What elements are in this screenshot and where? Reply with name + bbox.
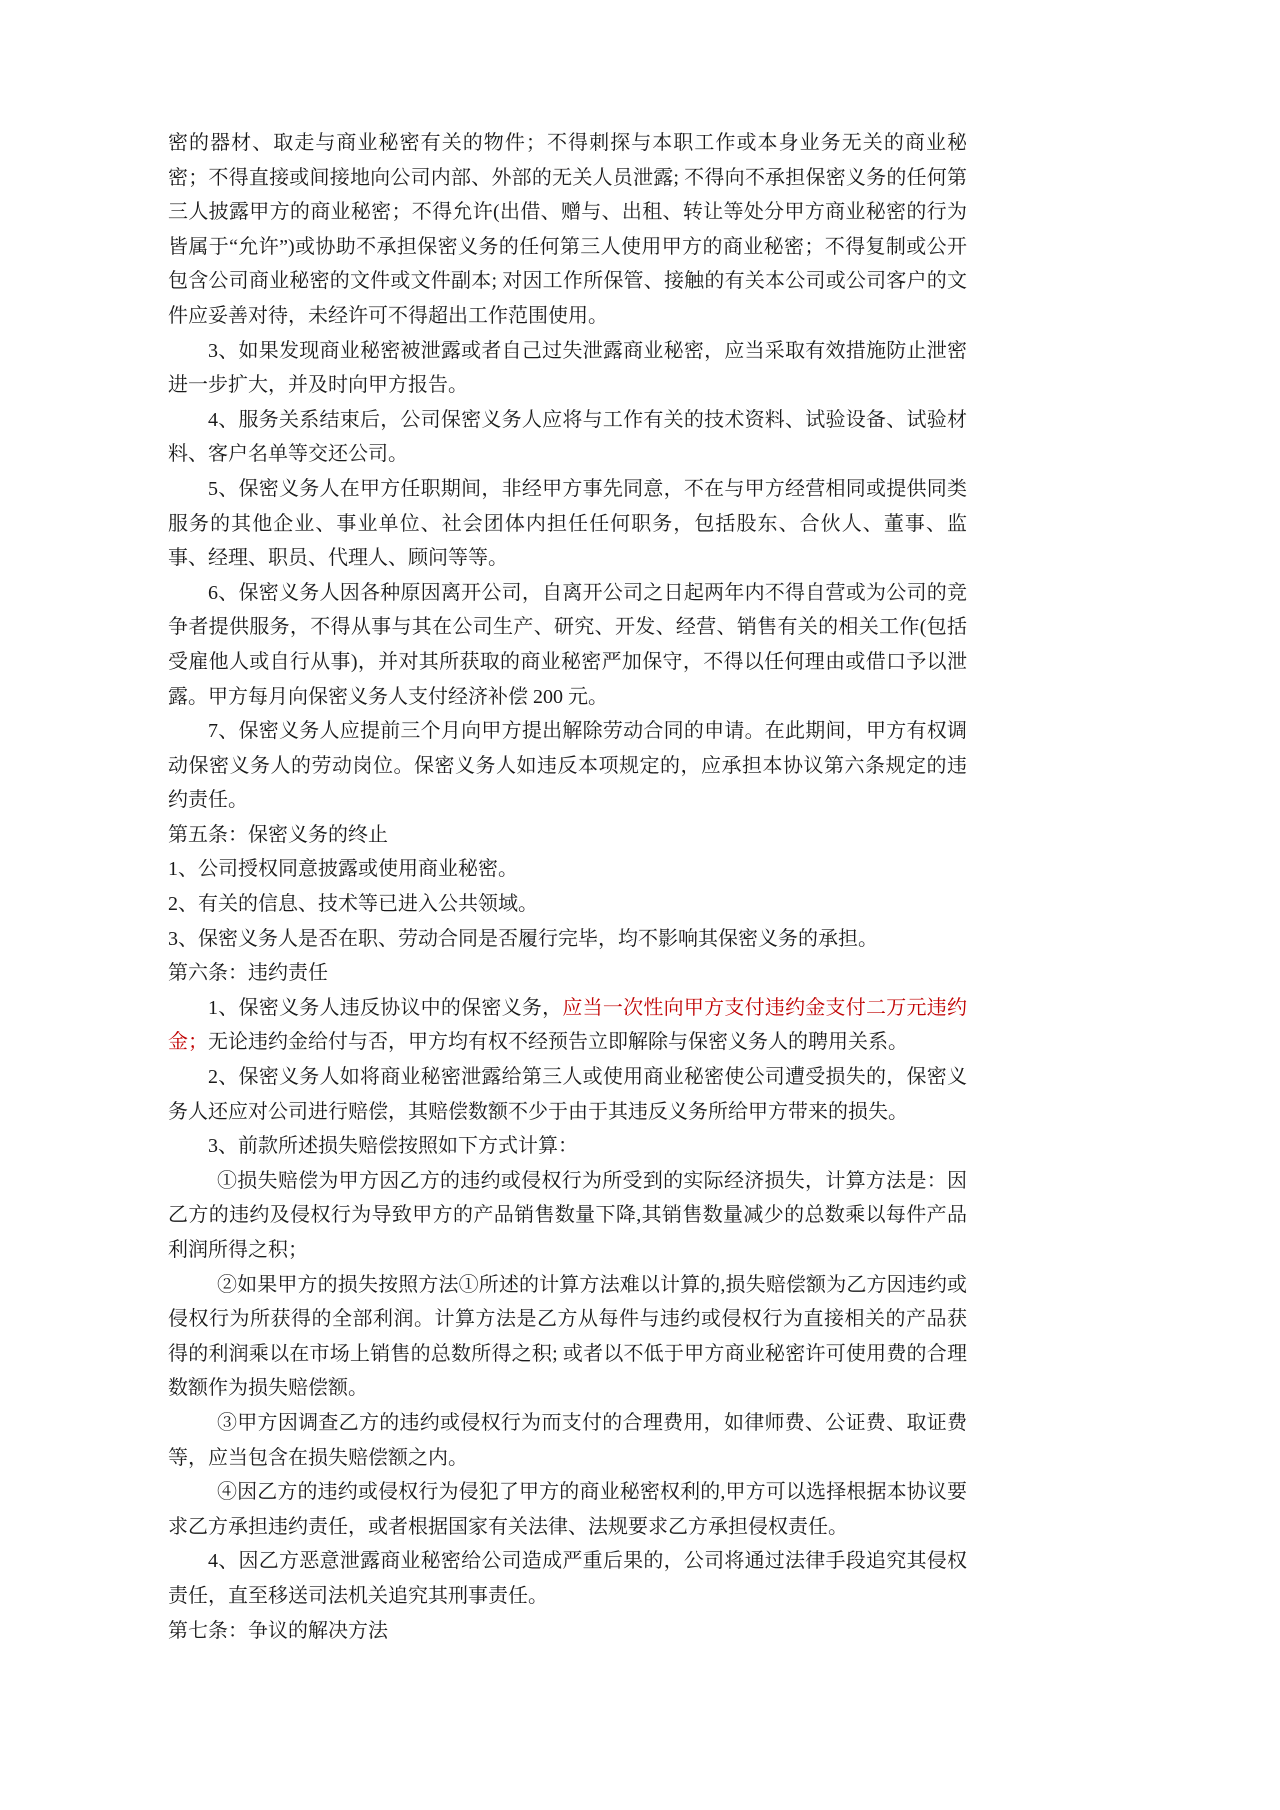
penalty-tail-text: 无论违约金给付与否，甲方均有权不经预告立即解除与保密义务人的聘用关系。 — [208, 1031, 908, 1053]
item-4-return-materials: 4、服务关系结束后，公司保密义务人应将与工作有关的技术资料、试验设备、试验材料、… — [168, 403, 967, 472]
article-6-item-4-malicious-leak: 4、因乙方恶意泄露商业秘密给公司造成严重后果的，公司将通过法律手段追究其侵权责任… — [168, 1544, 967, 1613]
article-5-item-3: 3、保密义务人是否在职、劳动合同是否履行完毕，均不影响其保密义务的承担。 — [168, 922, 967, 957]
article-5-item-1: 1、公司授权同意披露或使用商业秘密。 — [168, 852, 967, 887]
calc-method-1: ①损失赔偿为甲方因乙方的违约或侵权行为所受到的实际经济损失，计算方法是：因乙方的… — [168, 1164, 967, 1268]
article-6-item-2-compensation: 2、保密义务人如将商业秘密泄露给第三人或使用商业秘密使公司遭受损失的，保密义务人… — [168, 1060, 967, 1129]
article-7-heading: 第七条：争议的解决方法 — [168, 1614, 967, 1649]
article-5-heading: 第五条：保密义务的终止 — [168, 818, 967, 853]
calc-method-3: ③甲方因调查乙方的违约或侵权行为而支付的合理费用，如律师费、公证费、取证费等，应… — [168, 1406, 967, 1475]
article-6-item-3-calc-intro: 3、前款所述损失赔偿按照如下方式计算： — [168, 1129, 967, 1164]
penalty-lead-text: 1、保密义务人违反协议中的保密义务， — [208, 997, 562, 1019]
article-5-item-2: 2、有关的信息、技术等已进入公共领域。 — [168, 887, 967, 922]
article-6-item-1-penalty: 1、保密义务人违反协议中的保密义务，应当一次性向甲方支付违约金支付二万元违约金；… — [168, 991, 967, 1060]
item-6-non-compete: 6、保密义务人因各种原因离开公司，自离开公司之日起两年内不得自营或为公司的竞争者… — [168, 576, 967, 714]
clause-continuation-text: 密的器材、取走与商业秘密有关的物件；不得刺探与本职工作或本身业务无关的商业秘密；… — [168, 126, 967, 334]
document-page: 密的器材、取走与商业秘密有关的物件；不得刺探与本职工作或本身业务无关的商业秘密；… — [0, 0, 1280, 1810]
article-6-heading: 第六条：违约责任 — [168, 956, 967, 991]
item-3-leak-discovery: 3、如果发现商业秘密被泄露或者自己过失泄露商业秘密，应当采取有效措施防止泄密进一… — [168, 334, 967, 403]
calc-method-2: ②如果甲方的损失按照方法①所述的计算方法难以计算的,损失赔偿额为乙方因违约或侵权… — [168, 1268, 967, 1406]
calc-method-4: ④因乙方的违约或侵权行为侵犯了甲方的商业秘密权利的,甲方可以选择根据本协议要求乙… — [168, 1475, 967, 1544]
item-7-resignation-notice: 7、保密义务人应提前三个月向甲方提出解除劳动合同的申请。在此期间，甲方有权调动保… — [168, 714, 967, 818]
item-5-no-outside-positions: 5、保密义务人在甲方任职期间，非经甲方事先同意，不在与甲方经营相同或提供同类服务… — [168, 472, 967, 576]
